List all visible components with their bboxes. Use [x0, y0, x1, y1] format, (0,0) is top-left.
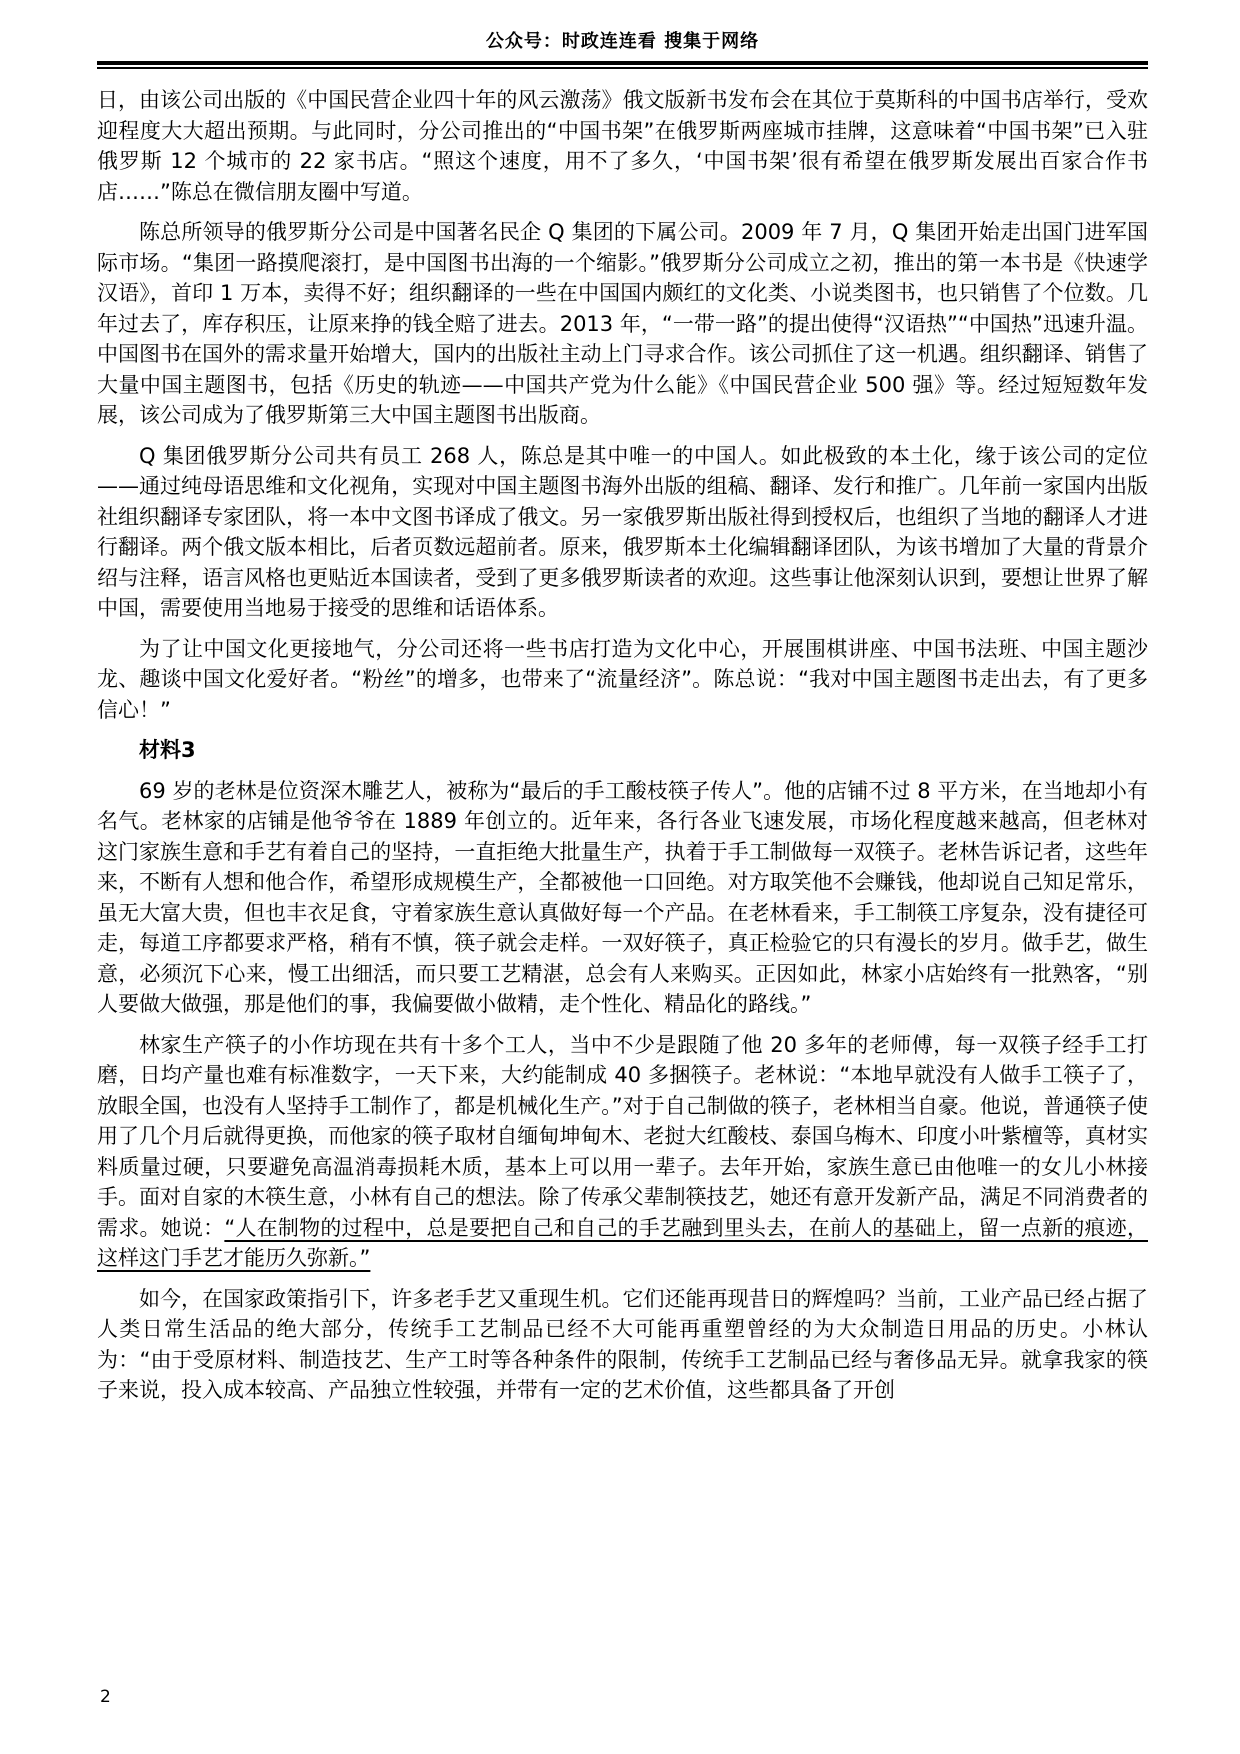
paragraph-material2-continuation: 日，由该公司出版的《中国民营企业四十年的风云激荡》俄文版新书发布会在其位于莫斯科…	[97, 85, 1148, 207]
underlined-quote: “人在制物的过程中，总是要把自己和自己的手艺融到里头去，在前人的基础上，留一点新…	[97, 1216, 1148, 1271]
document-body: 日，由该公司出版的《中国民营企业四十年的风云激荡》俄文版新书发布会在其位于莫斯科…	[97, 85, 1148, 1406]
page-number: 2	[100, 1689, 111, 1706]
paragraph-material2-culture-center: 为了让中国文化更接地气，分公司还将一些书店打造为文化中心，开展围棋讲座、中国书法…	[97, 634, 1148, 726]
material3-heading: 材料3	[97, 735, 1148, 766]
paragraph-material3-workshop: 林家生产筷子的小作坊现在共有十多个工人，当中不少是跟随了他 20 多年的老师傅，…	[97, 1030, 1148, 1274]
paragraph-material3-laolin-intro: 69 岁的老林是位资深木雕艺人，被称为“最后的手工酸枝筷子传人”。他的店铺不过 …	[97, 776, 1148, 1020]
paragraph-material3-outlook: 如今，在国家政策指引下，许多老手艺又重现生机。它们还能再现昔日的辉煌吗？当前，工…	[97, 1284, 1148, 1406]
paragraph-material2-company-history: 陈总所领导的俄罗斯分公司是中国著名民企 Q 集团的下属公司。2009 年 7 月…	[97, 217, 1148, 431]
paragraph-material3-workshop-text: 林家生产筷子的小作坊现在共有十多个工人，当中不少是跟随了他 20 多年的老师傅，…	[97, 1033, 1148, 1240]
header-divider	[97, 61, 1148, 69]
page-header: 公众号：时政连连看 搜集于网络	[97, 30, 1148, 69]
document-page: 公众号：时政连连看 搜集于网络 日，由该公司出版的《中国民营企业四十年的风云激荡…	[0, 0, 1240, 1754]
paragraph-material2-localization: Q 集团俄罗斯分公司共有员工 268 人，陈总是其中唯一的中国人。如此极致的本土…	[97, 441, 1148, 624]
page-header-title: 公众号：时政连连看 搜集于网络	[97, 30, 1148, 54]
